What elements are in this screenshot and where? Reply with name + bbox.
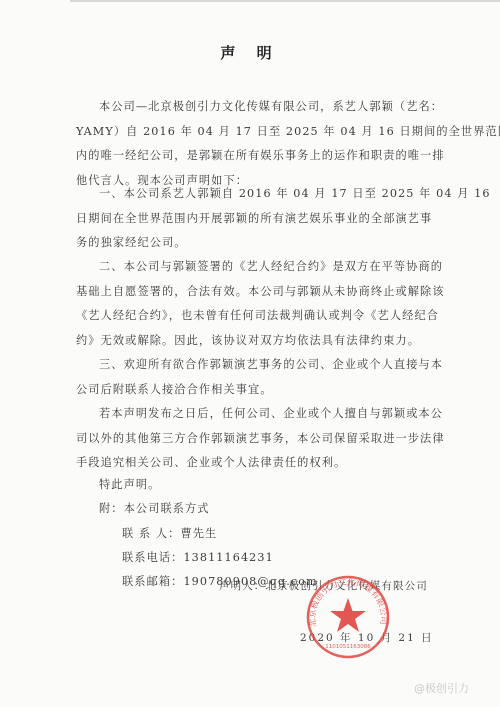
text-line: 内的唯一经纪公司，是郭颖在所有娱乐事务上的运作和职责的唯一排	[76, 144, 426, 169]
document-title: 声 明	[0, 42, 500, 63]
text-line: 二、本公司与郭颖签署的《艺人经纪合约》是双方在平等协商的	[76, 255, 426, 280]
clause-1: 一、本公司系艺人郭颖自 2016 年 04 月 17 日至 2025 年 04 …	[76, 182, 426, 256]
text-line: 本公司—北京极创引力文化传媒有限公司，系艺人郭颖（艺名：	[76, 95, 426, 120]
page-edge	[70, 0, 500, 2]
text-line: 一、本公司系艺人郭颖自 2016 年 04 月 17 日至 2025 年 04 …	[76, 182, 426, 207]
clause-3: 三、欢迎所有欲合作郭颖演艺事务的公司、企业或个人直接与本 公司后附联系人接洽合作…	[76, 353, 426, 402]
text-line: 手段追究相关公司、企业或个人法律责任的权利。	[76, 451, 426, 476]
closing-text: 特此声明。	[99, 476, 160, 492]
warning-paragraph: 若本声明发布之日后，任何公司、企业或个人擅自与郭颖或本公 司以外的其他第三方合作…	[76, 402, 426, 476]
contact-person: 联 系 人：曹先生	[122, 525, 217, 541]
text-line: 日期间在全世界范围内开展郭颖的所有演艺娱乐事业的全部演艺事	[76, 207, 426, 232]
text-line: YAMY）自 2016 年 04 月 17 日至 2025 年 04 月 16 …	[76, 120, 426, 145]
intro-paragraph: 本公司—北京极创引力文化传媒有限公司，系艺人郭颖（艺名： YAMY）自 2016…	[76, 95, 426, 193]
text-line: 务的独家经纪公司。	[76, 231, 426, 256]
text-line: 若本声明发布之日后，任何公司、企业或个人擅自与郭颖或本公	[76, 402, 426, 427]
text-line: 公司后附联系人接洽合作相关事宜。	[76, 378, 426, 403]
text-line: 司以外的其他第三方合作郭颖演艺事务，本公司保留采取进一步法律	[76, 427, 426, 452]
text-line: 三、欢迎所有欲合作郭颖演艺事务的公司、企业或个人直接与本	[76, 353, 426, 378]
text-line: 约》无效或解除。因此，该协议对双方均依法具有法律约束力。	[76, 329, 426, 354]
svg-text:1101051163086: 1101051163086	[325, 644, 371, 650]
contact-phone: 联系电话：13811164231	[122, 549, 274, 565]
text-line: 《艺人经纪合约》，也未曾有任何司法裁判确认或判令《艺人经纪合	[76, 304, 426, 329]
weibo-watermark: @极创引力	[414, 680, 469, 696]
clause-2: 二、本公司与郭颖签署的《艺人经纪合约》是双方在平等协商的 基础上自愿签署的，合法…	[76, 255, 426, 353]
attachment-heading: 附：本公司联系方式	[99, 500, 210, 516]
text-line: 基础上自愿签署的，合法有效。本公司与郭颖从未协商终止或解除该	[76, 280, 426, 305]
company-seal-stamp: 北京极创引力文化传媒有限公司 1101051163086	[305, 574, 391, 660]
